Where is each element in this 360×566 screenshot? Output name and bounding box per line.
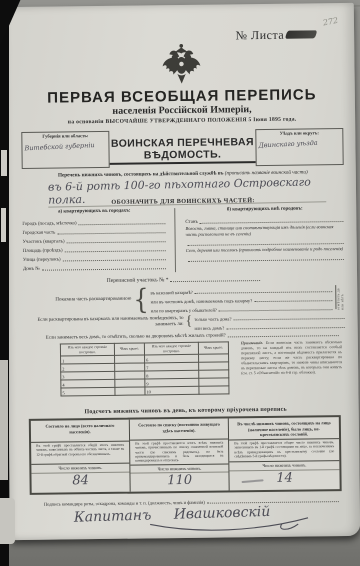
row-number: 9 xyxy=(146,381,148,386)
field-house-no: Домъ № xyxy=(23,261,167,272)
adjacent-page-fragment xyxy=(0,360,8,480)
adjacent-page-fragment xyxy=(1,150,7,176)
address-columns: а) квартирующихъ въ городахъ: Городъ (по… xyxy=(22,206,345,274)
quartering-question-block: Показана часть расквартированною { въ ка… xyxy=(23,283,345,315)
side-note-vertical: отмѣтить да или нѣтъ xyxy=(337,284,345,310)
row-number: 3 xyxy=(62,374,64,379)
adjacent-page-fragment xyxy=(1,208,6,242)
sheet-number-label: № Листа xyxy=(235,28,284,43)
tally-col2-explanation: Въ этой графѣ проставляется итогъ всѣхъ … xyxy=(130,438,228,464)
quartering-options: въ казенной казармѣ? или въ частномъ дом… xyxy=(150,284,333,313)
material-header: Изъ чего каждое строеніе построено. xyxy=(144,342,198,355)
field-stan-label: Станъ xyxy=(185,220,198,225)
document-type-title: ВОИНСКАЯ ПЕРЕЧНЕВАЯ ВѢДОМОСТЬ. xyxy=(109,129,255,168)
row-number: 7 xyxy=(146,365,148,370)
dotted-line xyxy=(42,268,166,271)
tally-col2-header: Состояло по списку (постоянно живущаго з… xyxy=(130,418,228,439)
commander-signature: Капитанъ Ивашковскій xyxy=(74,502,349,538)
note-paragraph: Примѣчаніе. Если воинская часть занимает… xyxy=(241,340,343,403)
field-selo-text: Село, деревня или поселокъ (прописать по… xyxy=(186,246,343,253)
unit-handwritten-text: въ 6-й ротѣ 100-го пѣхотнаго Островскаго… xyxy=(48,175,327,207)
uyezd-box: Уѣздъ или округъ: Двинскаго уѣзда xyxy=(255,128,343,166)
tally-column-on-list: Состояло по списку (постоянно живущаго з… xyxy=(129,418,229,491)
dotted-line xyxy=(226,327,344,329)
imperial-double-eagle-emblem xyxy=(20,40,343,90)
city-address-column: а) квартирующихъ въ городахъ: Городъ (по… xyxy=(22,208,175,274)
roof-header: Чѣмъ крыто. xyxy=(198,342,228,354)
occupancy-options: только часть дома? или весь домъ? xyxy=(194,311,345,331)
tally-col1-explanation: Въ этой графѣ проставляется общій итогъ … xyxy=(31,441,129,464)
occupancy-option-1-text: только часть дома? xyxy=(194,316,231,321)
row-number: 4 xyxy=(62,382,64,387)
dotted-line xyxy=(228,335,339,337)
occupancy-option-2: или весь домъ? xyxy=(194,320,345,331)
quartering-side: отмѣтить да или нѣтъ xyxy=(333,284,345,310)
scanned-census-document: 272 № Листа ПЕРВАЯ ВСЕОБЩАЯ ПЕРЕПИСЬ xyxy=(0,0,360,566)
gubernia-label: Губернія или область: xyxy=(24,133,106,139)
buildings-and-note-row: Изъ чего каждое строеніе построено. Чѣмъ… xyxy=(24,340,347,406)
note-label: Примѣчаніе. xyxy=(241,341,263,345)
gubernia-box: Губернія или область: Витебской губерніи xyxy=(21,131,109,169)
tally-col1-header: Состояло на лицо (всего наличнаго населе… xyxy=(31,420,129,442)
roof-header: Чѣмъ крыто. xyxy=(114,343,144,355)
scan-left-edge xyxy=(0,0,9,566)
rural-address-column: б) квартирующихъ внѣ городовъ: Станъ Вол… xyxy=(174,206,345,272)
dotted-line xyxy=(188,259,344,262)
adjacent-page-fragment xyxy=(0,498,15,544)
sheet-number-ink-mark xyxy=(285,30,317,38)
material-header: Изъ чего каждое строеніе построено. xyxy=(60,343,114,356)
uyezd-label: Уѣздъ или округъ: xyxy=(258,130,340,136)
tally-column-non-peasant: Въ числѣ нижнихъ чиновъ, состоящихъ на л… xyxy=(228,417,340,490)
dotted-line xyxy=(170,280,260,282)
whole-house-question: Если занимаетъ весь домъ, то отмѣтить, с… xyxy=(46,330,340,341)
pencil-page-note: 272 xyxy=(322,16,339,28)
field-house-no-label: Домъ № xyxy=(23,267,40,272)
left-brace: { xyxy=(133,283,149,315)
tally-col1-value: 84 xyxy=(31,472,129,493)
field-street-label: Улица (переулокъ) xyxy=(23,257,61,262)
unit-handwritten-line: въ 6-й ротѣ 100-го пѣхотнаго Островскаго… xyxy=(22,176,344,198)
table-row: 510 xyxy=(61,386,229,396)
quartering-label: Показана часть расквартированною xyxy=(23,296,131,304)
row-number: 2 xyxy=(62,366,64,371)
uyezd-handwritten-value: Двинскаго уѣзда xyxy=(258,138,340,150)
row-number: 1 xyxy=(62,358,64,363)
field-square-label: Площадь (проѣздъ) xyxy=(23,248,63,253)
document-type-text: ВОИНСКАЯ ПЕРЕЧНЕВАЯ ВѢДОМОСТЬ. xyxy=(109,136,255,165)
field-city-part-label: Городская часть xyxy=(22,231,55,236)
ink-scratch xyxy=(242,479,264,483)
tally-col3-explanation: Въ этой графѣ проставляется общее число … xyxy=(229,438,339,461)
occupancy-option-2-text: или весь домъ? xyxy=(194,325,224,330)
tally-col2-value: 110 xyxy=(131,472,229,492)
field-volost-text: Волость, гмина, станица или соотвѣтствую… xyxy=(185,224,333,237)
tally-col3-value: 14 xyxy=(230,469,340,490)
tally-col3-value-text: 14 xyxy=(276,471,293,486)
field-city-label: Городъ (посадъ, мѣстечко) xyxy=(22,221,76,227)
row-number: 5 xyxy=(62,390,64,395)
gubernia-handwritten-value: Витебской губерніи xyxy=(24,140,106,152)
row-number: 6 xyxy=(146,357,148,362)
quartering-option-1-text: въ казенной казармѣ? xyxy=(151,289,193,295)
row-number: 8 xyxy=(146,373,148,378)
field-precinct-block-label: Участокъ (кварталъ) xyxy=(23,239,65,245)
buildings-table: Изъ чего каждое строеніе построено. Чѣмъ… xyxy=(60,341,230,396)
tally-column-present: Состояло на лицо (всего наличнаго населе… xyxy=(31,420,130,493)
whole-house-text: Если занимаетъ весь домъ, то отмѣтить, с… xyxy=(46,333,226,340)
occupancy-question-block: Если расквартирована въ казармахъ или на… xyxy=(24,312,346,332)
region-header-row: Губернія или область: Витебской губерніи… xyxy=(21,128,343,169)
paper-sheet: 272 № Листа ПЕРВАЯ ВСЕОБЩАЯ ПЕРЕПИСЬ xyxy=(4,3,360,540)
occupancy-label: Если расквартирована въ казармахъ или на… xyxy=(24,316,184,330)
row-number: 10 xyxy=(146,389,150,394)
tally-table: Состояло на лицо (всего наличнаго населе… xyxy=(29,415,342,495)
tally-col3-header: Въ числѣ нижнихъ чиновъ, состоящихъ на л… xyxy=(229,417,339,439)
left-brace-small: { xyxy=(186,314,193,330)
note-text: Если воинская часть занимаетъ нѣсколько … xyxy=(241,340,342,376)
quartering-option-2-text: или въ частномъ домѣ, нанимаемомъ подъ к… xyxy=(151,298,253,304)
